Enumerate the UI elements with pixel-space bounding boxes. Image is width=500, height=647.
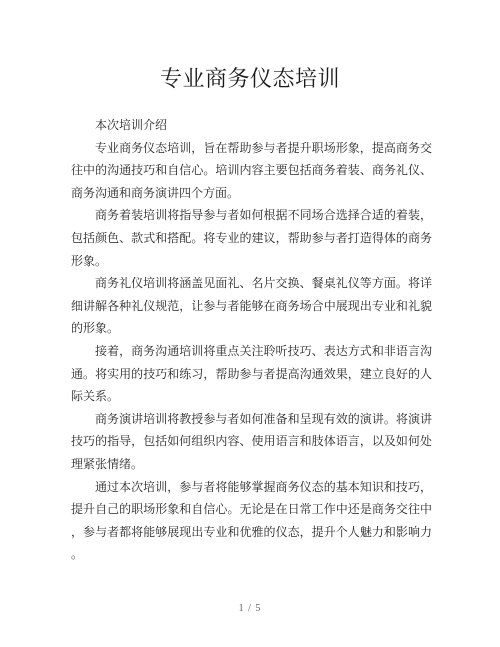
paragraph-dress-training: 商务着装培训将指导参与者如何根据不同场合选择合适的着装，包括颜色、款式和搭配。将… <box>71 204 432 272</box>
document-title: 专业商务仪态培训 <box>0 62 500 93</box>
paragraph-presentation-training: 商务演讲培训将教授参与者如何准备和呈现有效的演讲。将演讲技巧的指导，包括如何组织… <box>71 408 432 476</box>
intro-heading-paragraph: 本次培训介绍 <box>71 114 432 137</box>
paragraph-overview: 专业商务仪态培训，旨在帮助参与者提升职场形象，提高商务交往中的沟通技巧和自信心。… <box>71 137 432 205</box>
paragraph-communication-training: 接着，商务沟通培训将重点关注聆听技巧、表达方式和非语言沟通。将实用的技巧和练习，… <box>71 340 432 408</box>
document-body: 本次培训介绍 专业商务仪态培训，旨在帮助参与者提升职场形象，提高商务交往中的沟通… <box>71 114 432 566</box>
document-page: 专业商务仪态培训 本次培训介绍 专业商务仪态培训，旨在帮助参与者提升职场形象，提… <box>0 0 500 647</box>
page-number: 1 / 5 <box>0 603 500 614</box>
paragraph-etiquette-training: 商务礼仪培训将涵盖见面礼、名片交换、餐桌礼仪等方面。将详细讲解各种礼仪规范，让参… <box>71 272 432 340</box>
paragraph-summary: 通过本次培训，参与者将能够掌握商务仪态的基本知识和技巧，提升自己的职场形象和自信… <box>71 476 432 566</box>
